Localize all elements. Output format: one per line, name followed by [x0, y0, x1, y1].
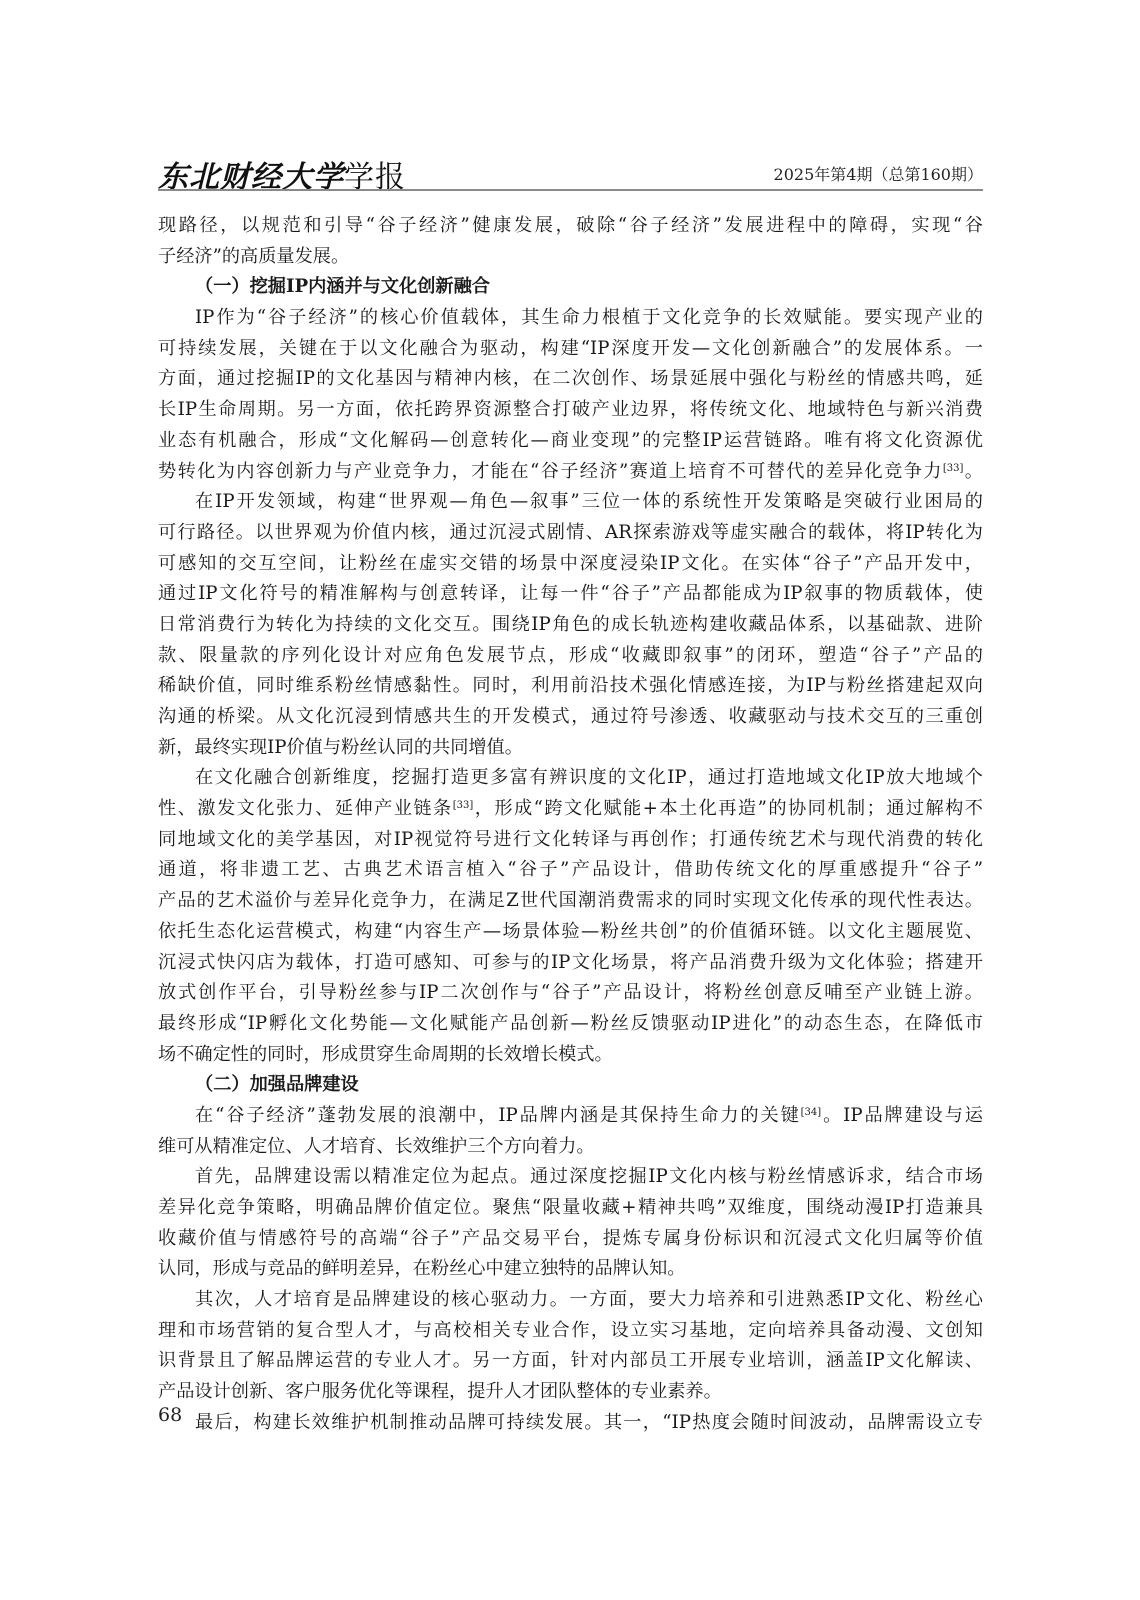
line-text: 识背景且了解品牌运营的专业人才。另一方面，针对内部员工开展专业培训，涵盖IP文化…	[158, 1350, 983, 1371]
line-text: 沟通的桥梁。从文化沉浸到情感共生的开发模式，通过符号渗透、收藏驱动与技术交互的三…	[158, 706, 983, 727]
text-line: 通过IP文化符号的精准解构与创意转译，让每一件“谷子”产品都能成为IP叙事的物质…	[158, 579, 983, 610]
text-line: 日常消费行为转化为持续的文化交互。围绕IP角色的成长轨迹构建收藏品体系，以基础款…	[158, 610, 983, 641]
page-number: 68	[158, 1404, 182, 1426]
line-text: 差异化竞争策略，明确品牌价值定位。聚焦“限量收藏+精神共鸣”双维度，围绕动漫IP…	[158, 1197, 983, 1218]
line-text-tail: ，形成“跨文化赋能+本土化再造”的协同机制；通过解构不	[473, 798, 983, 819]
line-text: 首先，品牌建设需以精准定位为起点。通过深度挖掘IP文化内核与粉丝情感诉求，结合市…	[195, 1166, 983, 1187]
text-line: 势转化为内容创新力与产业竞争力，才能在“谷子经济”赛道上培育不可替代的差异化竞争…	[158, 457, 983, 488]
line-text: 现路径，以规范和引导“谷子经济”健康发展，破除“谷子经济”发展进程中的障碍，实现…	[158, 215, 983, 236]
line-text: 最终形成“IP孵化文化势能—文化赋能产品创新—粉丝反馈驱动IP进化”的动态生态，…	[158, 1013, 983, 1034]
line-text: 同地域文化的美学基因，对IP视觉符号进行文化转译与再创作；打通传统艺术与现代消费…	[158, 829, 983, 850]
section-heading: （一）挖掘IP内涵并与文化创新融合	[158, 272, 983, 303]
line-text: 性、激发文化张力、延伸产业链条	[158, 798, 453, 819]
citation-ref: [33]	[943, 463, 964, 474]
article-body: 现路径，以规范和引导“谷子经济”健康发展，破除“谷子经济”发展进程中的障碍，实现…	[158, 211, 983, 1439]
text-line: 可持续发展，关键在于以文化融合为驱动，构建“IP深度开发—文化创新融合”的发展体…	[158, 334, 983, 365]
line-text: 势转化为内容创新力与产业竞争力，才能在“谷子经济”赛道上培育不可替代的差异化竞争…	[158, 461, 943, 482]
line-text: 其次，人才培育是品牌建设的核心驱动力。一方面，要大力培养和引进熟悉IP文化、粉丝…	[195, 1289, 983, 1310]
text-line: 长IP生命周期。另一方面，依托跨界资源整合打破产业边界，将传统文化、地域特色与新…	[158, 395, 983, 426]
line-text: 认同，形成与竞品的鲜明差异，在粉丝心中建立独特的品牌认知。	[158, 1258, 685, 1279]
text-line: 同地域文化的美学基因，对IP视觉符号进行文化转译与再创作；打通传统艺术与现代消费…	[158, 825, 983, 856]
line-text: 放式创作平台，引导粉丝参与IP二次创作与“谷子”产品设计，将粉丝创意反哺至产业链…	[158, 982, 983, 1003]
line-text: 产品设计创新、客户服务优化等课程，提升人才团队整体的专业素养。	[158, 1381, 722, 1402]
line-text: 款、限量款的序列化设计对应角色发展节点，形成“收藏即叙事”的闭环，塑造“谷子”产…	[158, 645, 983, 666]
line-text: 新，最终实现IP价值与粉丝认同的共同增值。	[158, 737, 523, 758]
text-line: 性、激发文化张力、延伸产业链条[33]，形成“跨文化赋能+本土化再造”的协同机制…	[158, 794, 983, 825]
line-text: 依托生态化运营模式，构建“内容生产—场景体验—粉丝共创”的价值循环链。以文化主题…	[158, 921, 983, 942]
text-line: 子经济”的高质量发展。	[158, 242, 983, 273]
text-line: 新，最终实现IP价值与粉丝认同的共同增值。	[158, 733, 983, 764]
text-line: 识背景且了解品牌运营的专业人才。另一方面，针对内部员工开展专业培训，涵盖IP文化…	[158, 1346, 983, 1377]
text-line: 最终形成“IP孵化文化势能—文化赋能产品创新—粉丝反馈驱动IP进化”的动态生态，…	[158, 1009, 983, 1040]
line-text: 可感知的交互空间，让粉丝在虚实交错的场景中深度浸染IP文化。在实体“谷子”产品开…	[158, 553, 983, 574]
text-line: 其次，人才培育是品牌建设的核心驱动力。一方面，要大力培养和引进熟悉IP文化、粉丝…	[158, 1285, 983, 1316]
text-line: 首先，品牌建设需以精准定位为起点。通过深度挖掘IP文化内核与粉丝情感诉求，结合市…	[158, 1162, 983, 1193]
text-line: 现路径，以规范和引导“谷子经济”健康发展，破除“谷子经济”发展进程中的障碍，实现…	[158, 211, 983, 242]
line-text: 业态有机融合，形成“文化解码—创意转化—商业变现”的完整IP运营链路。唯有将文化…	[158, 430, 983, 451]
text-line: 差异化竞争策略，明确品牌价值定位。聚焦“限量收藏+精神共鸣”双维度，围绕动漫IP…	[158, 1193, 983, 1224]
line-text: IP作为“谷子经济”的核心价值载体，其生命力根植于文化竞争的长效赋能。要实现产业…	[195, 307, 983, 328]
text-line: 稀缺价值，同时维系粉丝情感黏性。同时，利用前沿技术强化情感连接，为IP与粉丝搭建…	[158, 671, 983, 702]
line-text: 子经济”的高质量发展。	[158, 246, 349, 267]
text-line: 产品设计创新、客户服务优化等课程，提升人才团队整体的专业素养。	[158, 1377, 983, 1408]
text-line: 业态有机融合，形成“文化解码—创意转化—商业变现”的完整IP运营链路。唯有将文化…	[158, 426, 983, 457]
line-text: 在IP开发领域，构建“世界观—角色—叙事”三位一体的系统性开发策略是突破行业困局…	[195, 491, 983, 512]
running-header: 东北财经大学学报 2025年第4期（总第160期）	[158, 150, 983, 190]
text-line: 认同，形成与竞品的鲜明差异，在粉丝心中建立独特的品牌认知。	[158, 1254, 983, 1285]
line-text: 在“谷子经济”蓬勃发展的浪潮中，IP品牌内涵是其保持生命力的关键	[195, 1105, 801, 1126]
line-text-tail: 。	[963, 461, 983, 482]
text-line: 沉浸式快闪店为载体，打造可感知、可参与的IP文化场景，将产品消费升级为文化体验；…	[158, 948, 983, 979]
line-text: 可持续发展，关键在于以文化融合为驱动，构建“IP深度开发—文化创新融合”的发展体…	[158, 338, 983, 359]
text-line: 款、限量款的序列化设计对应角色发展节点，形成“收藏即叙事”的闭环，塑造“谷子”产…	[158, 641, 983, 672]
line-text-tail: 。IP品牌建设与运	[821, 1105, 983, 1126]
text-line: 维可从精准定位、人才培育、长效维护三个方向着力。	[158, 1132, 983, 1163]
line-text: 方面，通过挖掘IP的文化基因与精神内核，在二次创作、场景延展中强化与粉丝的情感共…	[158, 368, 983, 389]
line-text: 日常消费行为转化为持续的文化交互。围绕IP角色的成长轨迹构建收藏品体系，以基础款…	[158, 614, 983, 635]
text-line: 在文化融合创新维度，挖掘打造更多富有辨识度的文化IP，通过打造地域文化IP放大地…	[158, 763, 983, 794]
line-text: 稀缺价值，同时维系粉丝情感黏性。同时，利用前沿技术强化情感连接，为IP与粉丝搭建…	[158, 675, 983, 696]
line-text: 在文化融合创新维度，挖掘打造更多富有辨识度的文化IP，通过打造地域文化IP放大地…	[195, 767, 983, 788]
text-line: 在“谷子经济”蓬勃发展的浪潮中，IP品牌内涵是其保持生命力的关键[34]。IP品…	[158, 1101, 983, 1132]
line-text: 产品的艺术溢价与差异化竞争力，在满足Z世代国潮消费需求的同时实现文化传承的现代性…	[158, 890, 983, 911]
text-line: 可感知的交互空间，让粉丝在虚实交错的场景中深度浸染IP文化。在实体“谷子”产品开…	[158, 549, 983, 580]
line-text: 最后，构建长效维护机制推动品牌可持续发展。其一，“IP热度会随时间波动，品牌需设…	[195, 1412, 983, 1433]
text-line: 依托生态化运营模式，构建“内容生产—场景体验—粉丝共创”的价值循环链。以文化主题…	[158, 917, 983, 948]
text-line: IP作为“谷子经济”的核心价值载体，其生命力根植于文化竞争的长效赋能。要实现产业…	[158, 303, 983, 334]
header-rule	[158, 189, 983, 191]
line-text: （二）加强品牌建设	[195, 1074, 359, 1095]
text-line: 最后，构建长效维护机制推动品牌可持续发展。其一，“IP热度会随时间波动，品牌需设…	[158, 1408, 983, 1439]
text-line: 方面，通过挖掘IP的文化基因与精神内核，在二次创作、场景延展中强化与粉丝的情感共…	[158, 364, 983, 395]
text-line: 沟通的桥梁。从文化沉浸到情感共生的开发模式，通过符号渗透、收藏驱动与技术交互的三…	[158, 702, 983, 733]
text-line: 放式创作平台，引导粉丝参与IP二次创作与“谷子”产品设计，将粉丝创意反哺至产业链…	[158, 978, 983, 1009]
line-text: 可行路径。以世界观为价值内核，通过沉浸式剧情、AR探索游戏等虚实融合的载体，将I…	[158, 522, 983, 543]
text-line: 场不确定性的同时，形成贯穿生命周期的长效增长模式。	[158, 1040, 983, 1071]
journal-page: 东北财经大学学报 2025年第4期（总第160期） 现路径，以规范和引导“谷子经…	[0, 0, 1140, 1600]
line-text: （一）挖掘IP内涵并与文化创新融合	[195, 276, 490, 297]
section-heading: （二）加强品牌建设	[158, 1070, 983, 1101]
text-line: 可行路径。以世界观为价值内核，通过沉浸式剧情、AR探索游戏等虚实融合的载体，将I…	[158, 518, 983, 549]
line-text: 收藏价值与情感符号的高端“谷子”产品交易平台，提炼专属身份标识和沉浸式文化归属等…	[158, 1228, 983, 1249]
line-text: 通道，将非遗工艺、古典艺术语言植入“谷子”产品设计，借助传统文化的厚重感提升“谷…	[158, 859, 983, 880]
line-text: 通过IP文化符号的精准解构与创意转译，让每一件“谷子”产品都能成为IP叙事的物质…	[158, 583, 983, 604]
text-line: 理和市场营销的复合型人才，与高校相关专业合作，设立实习基地，定向培养具备动漫、文…	[158, 1316, 983, 1347]
line-text: 场不确定性的同时，形成贯穿生命周期的长效增长模式。	[158, 1044, 613, 1065]
text-line: 通道，将非遗工艺、古典艺术语言植入“谷子”产品设计，借助传统文化的厚重感提升“谷…	[158, 855, 983, 886]
citation-ref: [34]	[801, 1107, 822, 1118]
text-line: 收藏价值与情感符号的高端“谷子”产品交易平台，提炼专属身份标识和沉浸式文化归属等…	[158, 1224, 983, 1255]
line-text: 理和市场营销的复合型人才，与高校相关专业合作，设立实习基地，定向培养具备动漫、文…	[158, 1320, 983, 1341]
citation-ref: [33]	[453, 800, 474, 811]
line-text: 长IP生命周期。另一方面，依托跨界资源整合打破产业边界，将传统文化、地域特色与新…	[158, 399, 983, 420]
line-text: 沉浸式快闪店为载体，打造可感知、可参与的IP文化场景，将产品消费升级为文化体验；…	[158, 952, 983, 973]
issue-info: 2025年第4期（总第160期）	[774, 162, 983, 185]
text-line: 在IP开发领域，构建“世界观—角色—叙事”三位一体的系统性开发策略是突破行业困局…	[158, 487, 983, 518]
line-text: 维可从精准定位、人才培育、长效维护三个方向着力。	[158, 1136, 595, 1157]
text-line: 产品的艺术溢价与差异化竞争力，在满足Z世代国潮消费需求的同时实现文化传承的现代性…	[158, 886, 983, 917]
